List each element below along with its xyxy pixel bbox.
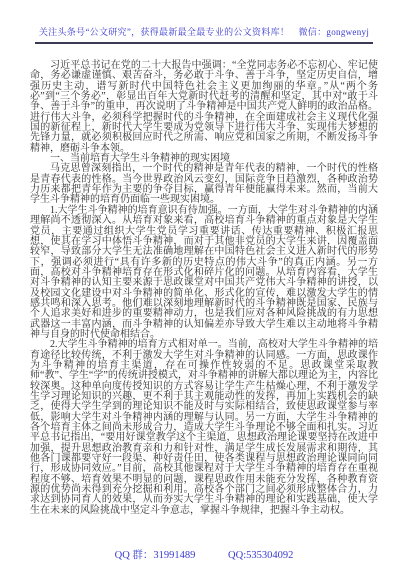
paragraph-overview: 马克思曾深刻指出，一个时代的精神是青年代表的精神，一个时代的性格是青春代表的性格…: [30, 164, 378, 205]
paragraph-intro: 习近平总书记在党的二十大报告中强调：“全党同志务必不忘初心、牢记使命，务必谦虚谨…: [30, 61, 378, 154]
footer-contact: QQ 群：31991489 QQ:535304092: [0, 547, 408, 562]
paragraph-point-1: 1.大学生斗争精神的培育意识有待加强。一方面，大学生对斗争精神的内涵理解尚不透彻…: [30, 206, 378, 340]
header-banner: 关注头条号“公文研究”，获得最新最全最专业的公文资料库！ 微信：gongweny…: [0, 0, 408, 44]
paragraph-point-2: 2.大学生斗争精神的培育方式相对单一。当前，高校对大学生斗争精神的培育途径比较传…: [30, 340, 378, 516]
header-promo-text: 关注头条号“公文研究”，获得最新最全最专业的公文资料库！ 微信：gongweny…: [35, 25, 373, 44]
qq-group-number: QQ 群：31991489: [115, 550, 196, 561]
document-body: 习近平总书记在党的二十大报告中强调：“全党同志务必不忘初心、牢记使命，务必谦虚谨…: [30, 61, 378, 516]
qq-number: QQ:535304092: [228, 550, 293, 561]
document-page: 关注头条号“公文研究”，获得最新最全最专业的公文资料库！ 微信：gongweny…: [0, 0, 408, 580]
